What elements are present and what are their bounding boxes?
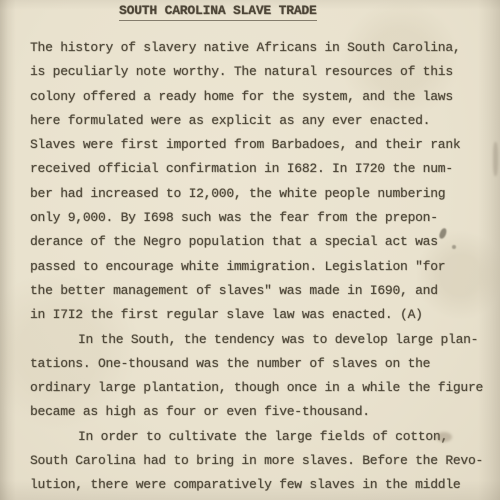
edge-streak: [493, 142, 498, 176]
text-line: Slaves were first imported from Barbadoe…: [30, 133, 488, 157]
text-line: In order to cultivate the large fields o…: [30, 425, 488, 449]
text-line: In the South, the tendency was to develo…: [30, 328, 488, 352]
paragraph-1: The history of slavery native Africans i…: [30, 36, 488, 328]
text-line: became as high as four or even five-thou…: [30, 400, 488, 424]
text-line: here formulated were as explicit as any …: [30, 109, 488, 133]
text-line: passed to encourage white immigration. L…: [30, 255, 488, 279]
text-line: in I7I2 the first regular slave law was …: [30, 303, 488, 327]
text-line: only 9,000. By I698 such was the fear fr…: [30, 206, 488, 230]
text-line: is peculiarly note worthy. The natural r…: [30, 60, 488, 84]
text-line: derance of the Negro population that a s…: [30, 230, 488, 254]
text-line: South Carolina had to bring in more slav…: [30, 449, 488, 473]
document-page: SOUTH CAROLINA SLAVE TRADE The history o…: [0, 0, 500, 500]
text-line: tations. One-thousand was the number of …: [30, 352, 488, 376]
text-line: ordinary large plantation, though once i…: [30, 376, 488, 400]
text-line: the better management of slaves" was mad…: [30, 279, 488, 303]
paragraph-2: In the South, the tendency was to develo…: [30, 328, 488, 425]
text-line: received official confirmation in I682. …: [30, 157, 488, 181]
paragraph-3: In order to cultivate the large fields o…: [30, 425, 488, 498]
text-line: The history of slavery native Africans i…: [30, 36, 488, 60]
text-line: lution, there were comparatively few sla…: [30, 473, 488, 497]
text-line: ber had increased to I2,000, the white p…: [30, 182, 488, 206]
text-line: colony offered a ready home for the syst…: [30, 85, 488, 109]
document-body: The history of slavery native Africans i…: [30, 36, 488, 498]
page-title: SOUTH CAROLINA SLAVE TRADE: [119, 3, 317, 21]
